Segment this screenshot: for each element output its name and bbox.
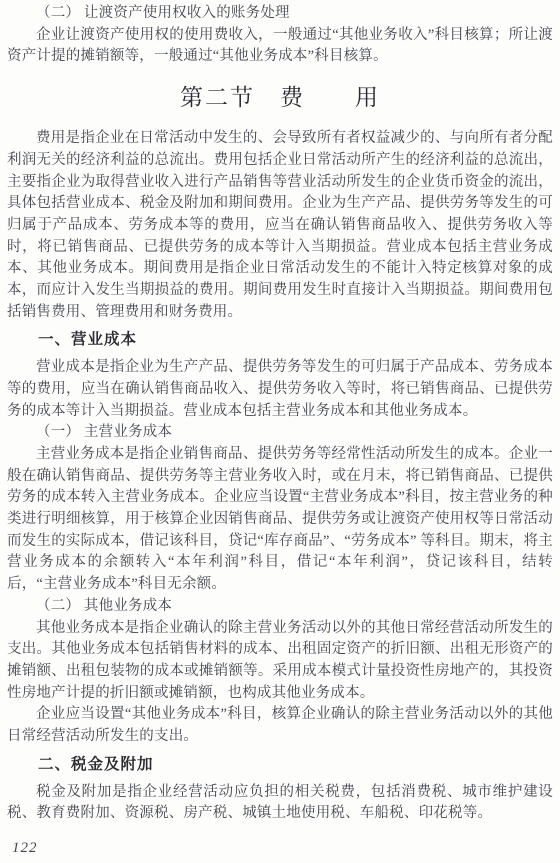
operating-cost-paragraph: 营业成本是指企业为生产产品、提供劳务等发生的可归属于产品成本、劳务成本等的费用，… [7, 357, 553, 422]
chapter-title: 第二节 费 用 [7, 82, 553, 114]
intro-subsection-heading: （二） 让渡资产使用权收入的账务处理 [7, 3, 553, 25]
page-number: 122 [12, 840, 38, 857]
section-heading-operating-cost: 一、营业成本 [7, 329, 553, 351]
main-business-cost-paragraph: 主营业务成本是指企业销售商品、提供劳务等经常性活动所发生的成本。企业一般在确认销… [7, 444, 553, 596]
subsection-heading-other-business-cost: （二） 其他业务成本 [7, 596, 553, 618]
subsection-heading-main-business-cost: （一） 主营业务成本 [7, 422, 553, 444]
other-business-cost-account-paragraph: 企业应当设置“其他业务成本”科目，核算企业确认的除主营业务活动以外的其他日常经营… [7, 704, 553, 747]
section-heading-taxes-surcharges: 二、税金及附加 [7, 754, 553, 776]
intro-paragraph: 企业让渡资产使用权的使用费收入，一般通过“其他业务收入”科目核算；所让渡资产计提… [7, 25, 553, 68]
other-business-cost-paragraph: 其他业务成本是指企业确认的除主营业务活动以外的其他日常经营活动所发生的支出。其他… [7, 618, 553, 705]
expense-overview-paragraph: 费用是指企业在日常活动中发生的、会导致所有者权益减少的、与向所有者分配利润无关的… [7, 128, 553, 323]
book-page: （二） 让渡资产使用权收入的账务处理 企业让渡资产使用权的使用费收入，一般通过“… [0, 0, 560, 863]
taxes-surcharges-paragraph: 税金及附加是指企业经营活动应负担的相关税费，包括消费税、城市维护建设税、教育费附… [7, 782, 553, 825]
